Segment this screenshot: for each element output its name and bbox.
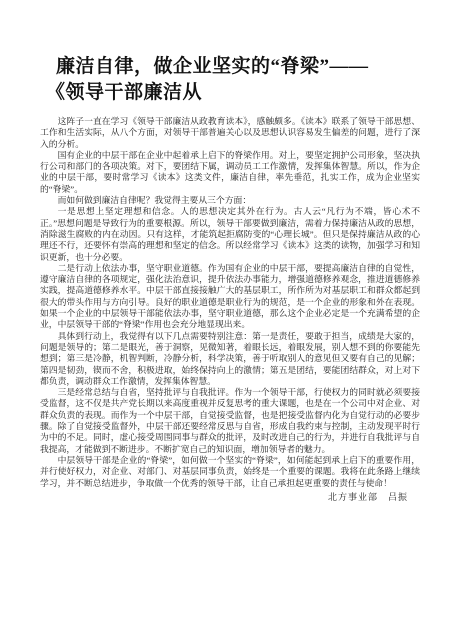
paragraph: 中层领导干部是企业的“脊梁”，如何做一个坚实的“脊梁”，如何能起到承上启下的重要… (40, 455, 420, 489)
title-line-1: 廉洁自律，做企业坚实的“脊梁”—— (46, 54, 423, 80)
paragraph: 二是行动上依法办事，坚守职业道德。作为国有企业的中层干部，要提高廉洁自律的自觉性… (40, 263, 420, 331)
signature: 北方事业部 吕振 (0, 491, 408, 503)
document-body: 这阵子一直在学习《领导干部廉洁从政教育读本》，感触颇多。《读本》联系了领导干部思… (40, 116, 420, 489)
paragraph: 而如何做到廉洁自律呢？我觉得主要从三个方面： (40, 195, 420, 206)
document-page: 廉洁自律，做企业坚实的“脊梁”—— 《领导干部廉洁从 这阵子一直在学习《领导干部… (0, 0, 451, 638)
document-title: 廉洁自律，做企业坚实的“脊梁”—— 《领导干部廉洁从 (46, 54, 423, 106)
paragraph: 这阵子一直在学习《领导干部廉洁从政教育读本》，感触颇多。《读本》联系了领导干部思… (40, 116, 420, 150)
title-line-2: 《领导干部廉洁从 (46, 80, 423, 106)
paragraph: 一是思想上坚定理想和信念。人的思想决定其外在行为。古人云“凡行为不端，皆心术不正… (40, 206, 420, 262)
paragraph: 三是经常总结与自省，坚持批评与自我批评。作为一个领导干部，行使权力的同时就必须要… (40, 387, 420, 455)
paragraph: 国有企业的中层干部在企业中起着承上启下的脊梁作用。对上，要坚定拥护公司形象，坚决… (40, 150, 420, 195)
paragraph: 具体到行动上，我觉得有以下几点需要特别注意：第一是责任，要敢于担当，成绩是大家的… (40, 331, 420, 387)
